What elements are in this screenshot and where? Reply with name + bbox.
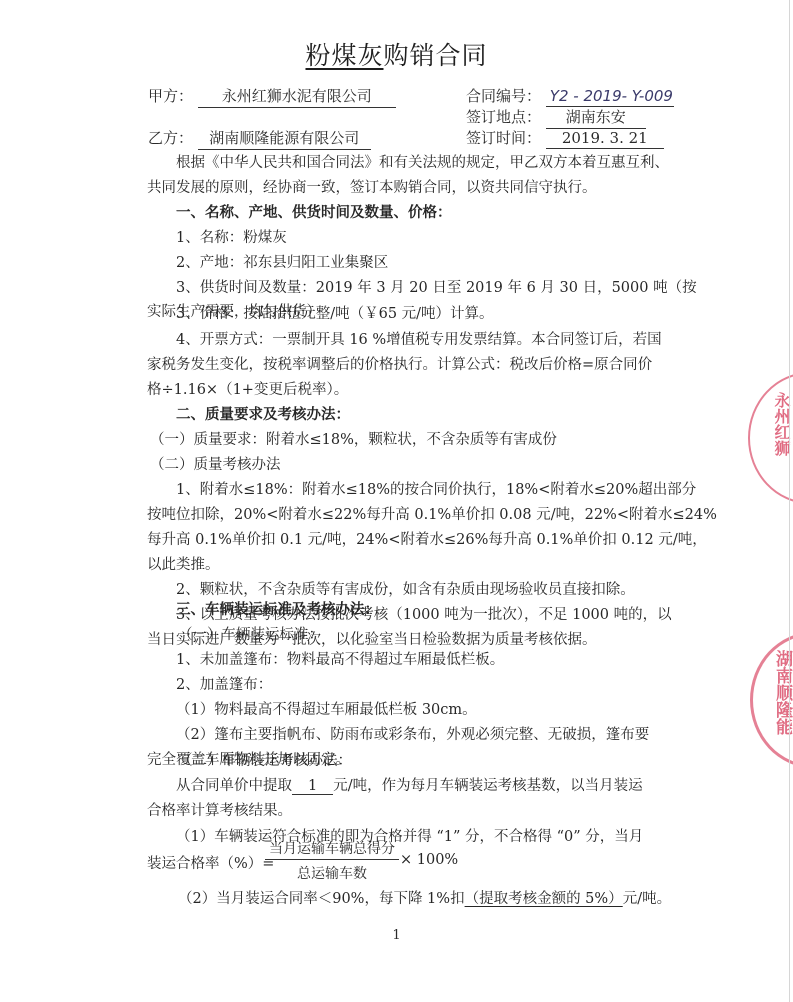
extract-line: 从合同单价中提取1元/吨，作为每月车辆装运考核基数，以当月装运 xyxy=(176,774,643,795)
last-line-underlined: （提取考核金额的 5%） xyxy=(465,891,623,907)
extract-prefix: 从合同单价中提取 xyxy=(176,778,292,794)
body-line: 合格率计算考核结果。 xyxy=(147,799,292,820)
extract-value: 1 xyxy=(292,778,333,795)
formula-prefix: 装运合格率（%）= xyxy=(147,852,274,873)
formula-suffix: × 100% xyxy=(400,852,458,868)
formula-denominator: 总运输车数 xyxy=(265,860,399,883)
last-line: （2）当月装运合同率＜90%，每下降 1%扣（提取考核金额的 5%）元/吨。 xyxy=(178,887,671,908)
contract-page-tail: （二）车辆装运考核办法： 从合同单价中提取1元/吨，作为每月车辆装运考核基数，以… xyxy=(0,0,793,1002)
formula-fraction: 当月运输车辆总得分 总运输车数 xyxy=(265,838,399,883)
extract-suffix: 元/吨，作为每月车辆装运考核基数，以当月装运 xyxy=(333,778,642,794)
subsection-heading-2: （二）车辆装运考核办法： xyxy=(178,749,352,770)
formula-numerator: 当月运输车辆总得分 xyxy=(265,838,399,860)
last-line-prefix: （2）当月装运合同率＜90%，每下降 1%扣 xyxy=(178,891,465,907)
scan-edge-line xyxy=(789,0,790,1002)
body-line: （1）车辆装运符合标准的即为合格并得 “1” 分，不合格得 “0” 分，当月 xyxy=(176,825,643,846)
page-number: 1 xyxy=(0,928,793,943)
last-line-suffix: 元/吨。 xyxy=(623,891,671,907)
